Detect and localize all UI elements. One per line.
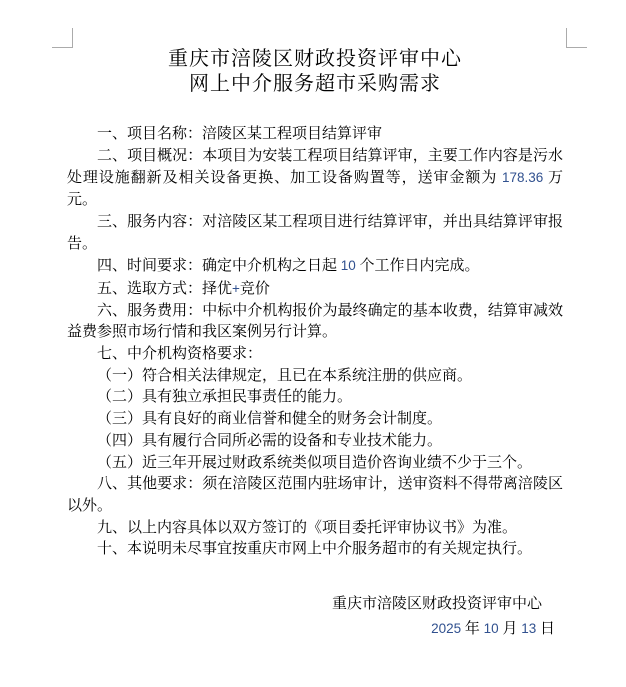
cjk-text: （四）具有履行合同所必需的设备和专业技术能力。 (97, 433, 442, 449)
text-boundary-mark-top-right (566, 28, 587, 48)
document-title: 重庆市涪陵区财政投资评审中心 网上中介服务超市采购需求 (67, 47, 563, 97)
paragraph: 二、项目概况：本项目为安装工程项目结算评审，主要工作内容是污水处理设施翻新及相关… (67, 146, 563, 212)
cjk-text: （一）符合相关法律规定，且已在本系统注册的供应商。 (97, 368, 472, 384)
latin-number-text: 10 (341, 258, 356, 273)
latin-number-text: 10 (484, 621, 499, 636)
paragraph: 五、选取方式：择优+竞价 (67, 278, 563, 301)
cjk-text: 十、本说明未尽事宜按重庆市网上中介服务超市的有关规定执行。 (97, 541, 532, 557)
cjk-text: 年 (461, 621, 484, 637)
latin-number-text: 13 (521, 621, 536, 636)
document-content: 重庆市涪陵区财政投资评审中心 网上中介服务超市采购需求 一、项目名称：涪陵区某工… (67, 47, 563, 561)
paragraph: 八、其他要求：须在涪陵区范围内驻场审计，送审资料不得带离涪陵区以外。 (67, 474, 563, 517)
paragraph: （四）具有履行合同所必需的设备和专业技术能力。 (67, 431, 563, 453)
latin-number-text: + (232, 281, 240, 296)
cjk-text: 七、中介机构资格要求： (97, 346, 262, 362)
cjk-text: 三、服务内容：对涪陵区某工程项目进行结算评审，并出具结算评审报告。 (67, 214, 563, 252)
paragraph: （二）具有独立承担民事责任的能力。 (67, 387, 563, 409)
body-paragraphs: 一、项目名称：涪陵区某工程项目结算评审二、项目概况：本项目为安装工程项目结算评审… (67, 124, 563, 561)
cjk-text: 重庆市涪陵区财政投资评审中心 (332, 596, 542, 612)
cjk-text: 竞价 (240, 281, 270, 297)
paragraph: 六、服务费用：中标中介机构报价为最终确定的基本收费，结算审减效益费参照市场行情和… (67, 301, 563, 344)
title-line-1: 重庆市涪陵区财政投资评审中心 (67, 47, 563, 72)
cjk-text: 九、以上内容具体以双方签订的《项目委托评审协议书》为准。 (97, 520, 517, 536)
cjk-text: 六、服务费用：中标中介机构报价为最终确定的基本收费，结算审减效益费参照市场行情和… (67, 303, 563, 341)
latin-number-text: 178.36 (502, 170, 543, 185)
text-boundary-mark-top-left (52, 28, 73, 48)
cjk-text: 月 (499, 621, 522, 637)
cjk-text: 二、项目概况：本项目为安装工程项目结算评审，主要工作内容是污水处理设施翻新及相关… (67, 148, 563, 187)
signature-org: 重庆市涪陵区财政投资评审中心 (332, 593, 542, 615)
cjk-text: （五）近三年开展过财政系统类似项目造价咨询业绩不少于三个。 (97, 455, 532, 471)
signature-date: 2025 年 10 月 13 日 (431, 618, 555, 640)
cjk-text: （三）具有良好的商业信誉和健全的财务会计制度。 (97, 411, 442, 427)
paragraph: 九、以上内容具体以双方签订的《项目委托评审协议书》为准。 (67, 518, 563, 540)
cjk-text: 四、时间要求：确定中介机构之日起 (97, 258, 341, 274)
title-line-2: 网上中介服务超市采购需求 (67, 72, 563, 97)
paragraph: 四、时间要求：确定中介机构之日起 10 个工作日内完成。 (67, 255, 563, 278)
paragraph: 七、中介机构资格要求： (67, 344, 563, 366)
cjk-text: 八、其他要求：须在涪陵区范围内驻场审计，送审资料不得带离涪陵区以外。 (67, 476, 563, 514)
paragraph: （三）具有良好的商业信誉和健全的财务会计制度。 (67, 409, 563, 431)
cjk-text: 五、选取方式：择优 (97, 281, 232, 297)
cjk-text: 日 (536, 621, 555, 637)
cjk-text: 一、项目名称：涪陵区某工程项目结算评审 (97, 126, 382, 142)
paragraph: 十、本说明未尽事宜按重庆市网上中介服务超市的有关规定执行。 (67, 539, 563, 561)
latin-number-text: 2025 (431, 621, 461, 636)
document-page: 重庆市涪陵区财政投资评审中心 网上中介服务超市采购需求 一、项目名称：涪陵区某工… (0, 0, 626, 687)
paragraph: 一、项目名称：涪陵区某工程项目结算评审 (67, 124, 563, 146)
cjk-text: 个工作日内完成。 (356, 258, 480, 274)
paragraph: （一）符合相关法律规定，且已在本系统注册的供应商。 (67, 366, 563, 388)
cjk-text: （二）具有独立承担民事责任的能力。 (97, 389, 352, 405)
paragraph: （五）近三年开展过财政系统类似项目造价咨询业绩不少于三个。 (67, 453, 563, 475)
paragraph: 三、服务内容：对涪陵区某工程项目进行结算评审，并出具结算评审报告。 (67, 212, 563, 255)
